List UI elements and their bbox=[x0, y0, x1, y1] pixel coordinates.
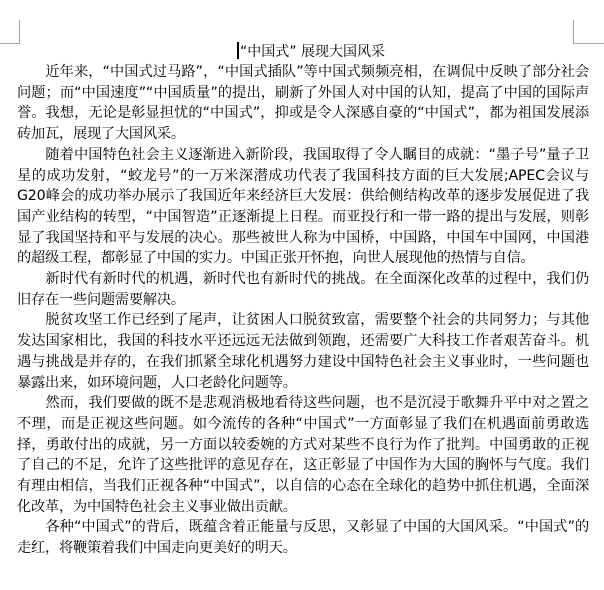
paragraph-4[interactable]: 脱贫攻坚工作已经到了尾声，让贫困人口脱贫致富，需要整个社会的共同努力；与其他发达… bbox=[17, 310, 589, 393]
page-margin-corner-top-left bbox=[0, 20, 20, 44]
paragraph-1[interactable]: 近年来，“中国式过马路”，“中国式插队”等中国式频频亮相，在调侃中反映了部分社会… bbox=[17, 62, 589, 145]
text-cursor bbox=[237, 42, 239, 59]
paragraph-3[interactable]: 新时代有新时代的机遇，新时代也有新时代的挑战。在全面深化改革的过程中，我们仍旧存… bbox=[17, 269, 589, 310]
document-page[interactable]: “中国式” 展现大国风采 近年来，“中国式过马路”，“中国式插队”等中国式频频亮… bbox=[17, 42, 589, 559]
paragraph-2[interactable]: 随着中国特色社会主义逐渐进入新阶段，我国取得了令人瞩目的成就：“墨子号”量子卫星… bbox=[17, 145, 589, 269]
paragraph-5[interactable]: 然而，我们要做的既不是悲观消极地看待这些问题，也不是沉浸于歌舞升平中对之置之不理… bbox=[17, 393, 589, 517]
paragraph-6[interactable]: 各种“中国式”的背后，既蕴含着正能量与反思，又彰显了中国的大国风采。“中国式”的… bbox=[17, 517, 589, 558]
document-title-line[interactable]: “中国式” 展现大国风采 bbox=[17, 42, 589, 62]
page-margin-corner-top-right bbox=[573, 20, 604, 44]
document-title: “中国式” 展现大国风采 bbox=[240, 44, 385, 60]
